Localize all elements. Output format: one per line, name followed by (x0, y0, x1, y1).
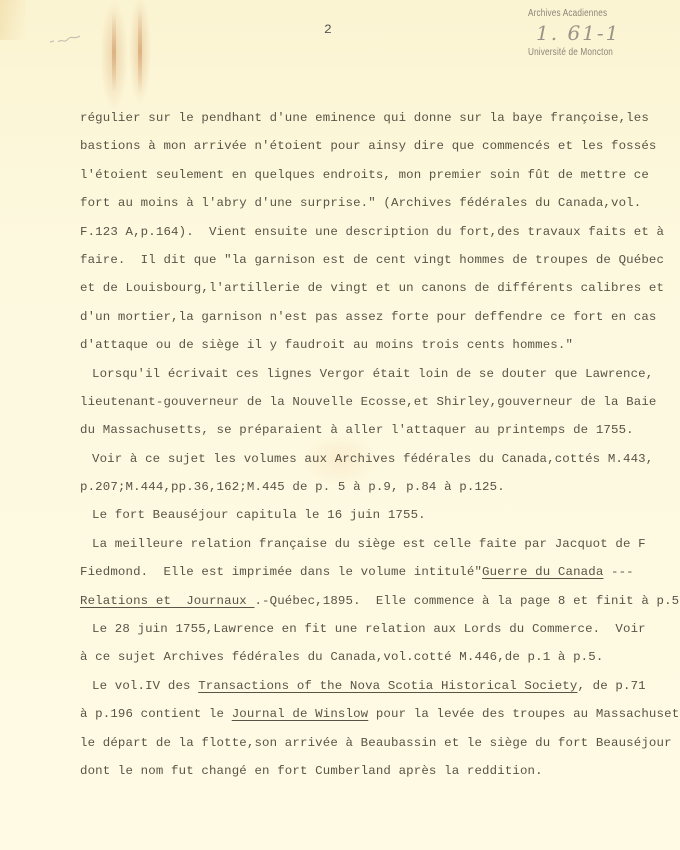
text-segment: lieutenant-gouverneur de la Nouvelle Eco… (80, 395, 657, 409)
scanned-page: 2 Archives Acadiennes 1. 61-1 Université… (0, 0, 680, 850)
text-segment: régulier sur le pendhant d'une eminence … (80, 111, 649, 125)
text-line: l'étoient seulement en quelques endroits… (80, 161, 680, 189)
text-line: p.207;M.444,pp.36,162;M.445 de p. 5 à p.… (80, 473, 680, 501)
text-line: dont le nom fut changé en fort Cumberlan… (80, 757, 680, 785)
text-segment: Le 28 juin 1755,Lawrence en fit une rela… (92, 622, 646, 636)
text-line: à ce sujet Archives fédérales du Canada,… (80, 643, 680, 671)
text-segment: .-Québec,1895. Elle commence à la page 8… (254, 594, 680, 608)
text-line: Relations et Journaux .-Québec,1895. Ell… (80, 587, 680, 615)
text-segment: Voir à ce sujet les volumes aux Archives… (92, 452, 653, 466)
text-segment: l'étoient seulement en quelques endroits… (80, 168, 649, 182)
text-segment: Lorsqu'il écrivait ces lignes Vergor éta… (92, 367, 653, 381)
archive-stamp: Archives Acadiennes 1. 61-1 Université d… (528, 8, 648, 58)
text-line: faire. Il dit que "la garnison est de ce… (80, 246, 680, 274)
text-segment: d'attaque ou de siège il y faudroit au m… (80, 338, 573, 352)
text-segment: à ce sujet Archives fédérales du Canada,… (80, 650, 603, 664)
text-segment: , de p.71 (577, 679, 645, 693)
text-segment: dont le nom fut changé en fort Cumberlan… (80, 764, 543, 778)
stain-mark-right (138, 8, 142, 93)
text-line: lieutenant-gouverneur de la Nouvelle Eco… (80, 388, 680, 416)
text-line: La meilleure relation française du siège… (80, 530, 680, 558)
text-segment: du Massachusetts, se préparaient à aller… (80, 423, 634, 437)
stamp-archive-name: Archives Acadiennes (528, 8, 626, 19)
text-segment: bastions à mon arrivée n'étoient pour ai… (80, 139, 657, 153)
text-segment: p.207;M.444,pp.36,162;M.445 de p. 5 à p.… (80, 480, 505, 494)
text-segment: d'un mortier,la garnison n'est pas assez… (80, 310, 657, 324)
underlined-title: Transactions of the Nova Scotia Historic… (198, 679, 577, 693)
text-line: Le vol.IV des Transactions of the Nova S… (80, 672, 680, 700)
text-segment: à p.196 contient le (80, 707, 232, 721)
text-line: Le fort Beauséjour capitula le 16 juin 1… (80, 501, 680, 529)
text-segment: faire. Il dit que "la garnison est de ce… (80, 253, 664, 267)
text-segment: --- (603, 565, 633, 579)
underlined-title: Relations et Journaux (80, 594, 254, 608)
text-line: bastions à mon arrivée n'étoient pour ai… (80, 132, 680, 160)
text-line: Fiedmond. Elle est imprimée dans le volu… (80, 558, 680, 586)
text-line: fort au moins à l'abry d'une surprise." … (80, 189, 680, 217)
text-line: à p.196 contient le Journal de Winslow p… (80, 700, 680, 728)
underlined-title: Journal de Winslow (232, 707, 369, 721)
stain-mark-left (112, 12, 116, 92)
text-segment: et de Louisbourg,l'artillerie de vingt e… (80, 281, 664, 295)
page-number: 2 (324, 22, 332, 37)
stamp-handwritten-code: 1. 61-1 (536, 21, 648, 45)
text-line: le départ de la flotte,son arrivée à Bea… (80, 729, 680, 757)
stamp-university-name: Université de Moncton (528, 47, 626, 58)
text-segment: Le fort Beauséjour capitula le 16 juin 1… (92, 508, 426, 522)
text-line: Le 28 juin 1755,Lawrence en fit une rela… (80, 615, 680, 643)
text-segment: La meilleure relation française du siège… (92, 537, 646, 551)
page-corner-fold (0, 0, 26, 40)
text-line: et de Louisbourg,l'artillerie de vingt e… (80, 274, 680, 302)
typewritten-body: régulier sur le pendhant d'une eminence … (80, 104, 680, 785)
text-line: d'attaque ou de siège il y faudroit au m… (80, 331, 680, 359)
text-line: Voir à ce sujet les volumes aux Archives… (80, 445, 680, 473)
pencil-scribble-mark (48, 30, 88, 46)
text-line: régulier sur le pendhant d'une eminence … (80, 104, 680, 132)
text-segment: F.123 A,p.164). Vient ensuite une descri… (80, 225, 664, 239)
underlined-title: Guerre du Canada (482, 565, 603, 579)
text-line: d'un mortier,la garnison n'est pas assez… (80, 303, 680, 331)
text-segment: Le vol.IV des (92, 679, 198, 693)
text-segment: pour la levée des troupes au Massachuset… (368, 707, 680, 721)
text-line: F.123 A,p.164). Vient ensuite une descri… (80, 218, 680, 246)
text-segment: le départ de la flotte,son arrivée à Bea… (80, 736, 672, 750)
text-line: du Massachusetts, se préparaient à aller… (80, 416, 680, 444)
text-segment: fort au moins à l'abry d'une surprise." … (80, 196, 641, 210)
text-line: Lorsqu'il écrivait ces lignes Vergor éta… (80, 360, 680, 388)
text-segment: Fiedmond. Elle est imprimée dans le volu… (80, 565, 482, 579)
